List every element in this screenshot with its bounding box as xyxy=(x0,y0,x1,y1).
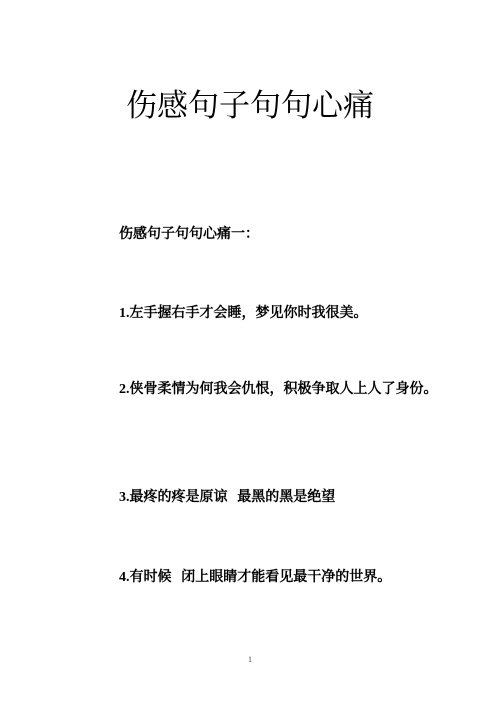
section-heading: 伤感句子句句心痛一： xyxy=(119,224,259,244)
item-text: 侠骨柔情为何我会仇恨，积极争取人上人了身份。 xyxy=(130,381,438,397)
item-number: 3. xyxy=(119,490,130,505)
document-page: 伤感句子句句心痛 伤感句子句句心痛一： 1.左手握右手才会睡，梦见你时我很美。 … xyxy=(0,0,500,707)
list-item: 2.侠骨柔情为何我会仇恨，积极争取人上人了身份。 xyxy=(119,379,438,400)
list-item: 3.最疼的疼是原谅 最黑的黑是绝望 xyxy=(119,487,335,508)
list-item: 1.左手握右手才会睡，梦见你时我很美。 xyxy=(119,303,368,324)
item-number: 1. xyxy=(119,306,130,321)
item-number: 4. xyxy=(119,570,130,585)
item-text: 最疼的疼是原谅 最黑的黑是绝望 xyxy=(130,489,336,505)
item-number: 2. xyxy=(119,382,130,397)
item-text: 有时候 闭上眼睛才能看见最干净的世界。 xyxy=(130,569,392,585)
document-title: 伤感句子句句心痛 xyxy=(0,86,500,126)
page-number: 1 xyxy=(0,655,500,665)
item-text: 左手握右手才会睡，梦见你时我很美。 xyxy=(130,305,368,321)
section-heading-text: 伤感句子句句心痛一： xyxy=(119,226,259,242)
list-item: 4.有时候 闭上眼睛才能看见最干净的世界。 xyxy=(119,567,391,588)
